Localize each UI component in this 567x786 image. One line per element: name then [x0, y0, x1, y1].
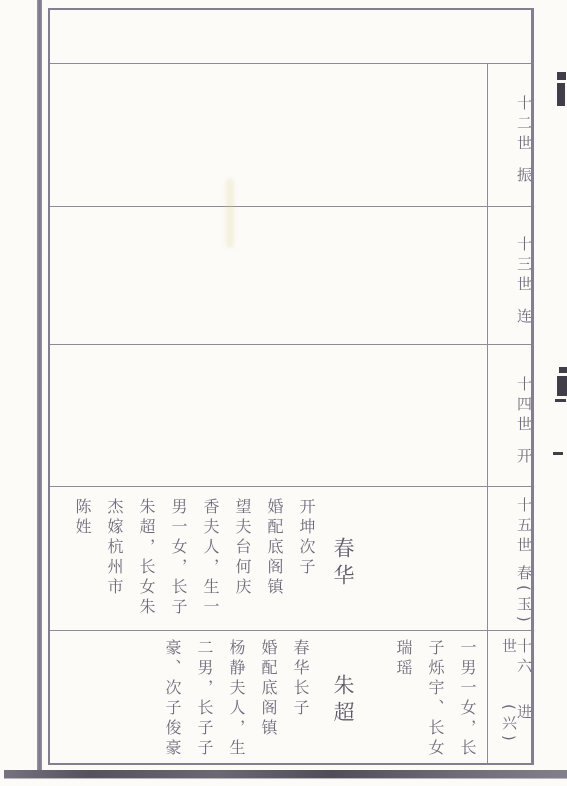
generation-given-name: 开 — [488, 448, 531, 468]
generation-16-label: 十六世进(兴) — [487, 631, 531, 763]
carryover-text-column: 瑞瑶 — [394, 639, 411, 679]
cut-character-fragment — [553, 452, 563, 455]
page-frame-left-border — [37, 0, 42, 778]
generation-row-16: 一男一女，长 子烁宇、长女 瑞瑶 朱超 春华长子 婚配底阁镇 杨静夫人，生 二男… — [50, 631, 531, 763]
carryover-text-column: 子烁宇、长女 — [426, 639, 443, 759]
person-name-heading: 春华 — [329, 537, 353, 591]
generation-title: 十二世 — [488, 95, 531, 155]
entry-zhuchao: 一男一女，长 子烁宇、长女 瑞瑶 朱超 春华长子 婚配底阁镇 杨静夫人，生 二男… — [50, 631, 487, 763]
entry-text-column: 陈姓 — [73, 498, 90, 538]
entry-text-column: 香夫人，生一 — [201, 498, 218, 618]
generation-14-label: 十四世开 — [487, 345, 531, 486]
generation-16-content: 一男一女，长 子烁宇、长女 瑞瑶 朱超 春华长子 婚配底阁镇 杨静夫人，生 二男… — [50, 631, 487, 763]
cut-character-fragment — [557, 376, 567, 396]
entry-text-column: 杨静夫人，生 — [227, 639, 244, 759]
generation-given-name: 振 — [488, 167, 531, 187]
entry-text-column: 朱超，长女朱 — [137, 498, 154, 618]
entry-text-column: 开坤次子 — [297, 498, 314, 578]
generation-12-label: 十二世振 — [487, 64, 531, 206]
cut-character-fragment — [557, 72, 566, 80]
genealogy-table: 十二世振 十三世连 十四世开 春华 开坤次子 婚配底阁镇 望夫台何庆 香 — [48, 8, 534, 765]
generation-13-content — [50, 207, 487, 344]
header-empty-cell — [50, 10, 531, 63]
generation-row-14: 十四世开 — [50, 345, 531, 487]
generation-15-label: 十五世春(玉) — [487, 487, 531, 630]
cut-character-fragment — [555, 399, 566, 402]
generation-given-name: 进(兴) — [488, 704, 531, 763]
person-name-heading: 朱超 — [329, 674, 353, 728]
generation-given-name: 春(玉) — [488, 565, 531, 627]
generation-12-content — [50, 64, 487, 206]
entry-text-column: 春华长子 — [291, 639, 308, 719]
generation-row-13: 十三世连 — [50, 207, 531, 345]
carryover-text-column: 一男一女，长 — [458, 639, 475, 759]
scan-smudge — [226, 178, 234, 248]
entry-text-column: 婚配底阁镇 — [259, 639, 276, 739]
generation-15-content: 春华 开坤次子 婚配底阁镇 望夫台何庆 香夫人，生一 男一女，长子 朱超，长女朱… — [50, 487, 487, 630]
generation-given-name: 连 — [488, 308, 531, 328]
entry-text-column: 望夫台何庆 — [233, 498, 250, 598]
entry-text-column: 男一女，长子 — [169, 498, 186, 618]
cut-character-fragment — [559, 367, 567, 373]
scanned-genealogy-page: 十二世振 十三世连 十四世开 春华 开坤次子 婚配底阁镇 望夫台何庆 香 — [0, 0, 567, 786]
generation-14-content — [50, 345, 487, 486]
generation-title: 十四世 — [488, 376, 531, 436]
generation-title: 十六世 — [488, 638, 531, 696]
generation-13-label: 十三世连 — [487, 207, 531, 344]
entry-text-column: 豪、次子俊豪 — [163, 639, 180, 759]
cut-character-fragment — [557, 83, 565, 106]
entry-text-column: 二男，长子子 — [195, 639, 212, 759]
generation-title: 十三世 — [488, 236, 531, 296]
entry-text-column: 婚配底阁镇 — [265, 498, 282, 598]
entry-chunhua: 春华 开坤次子 婚配底阁镇 望夫台何庆 香夫人，生一 男一女，长子 朱超，长女朱… — [50, 487, 487, 630]
entry-text-column: 杰嫁杭州市 — [105, 498, 122, 598]
generation-row-15: 春华 开坤次子 婚配底阁镇 望夫台何庆 香夫人，生一 男一女，长子 朱超，长女朱… — [50, 487, 531, 631]
table-header-row-empty — [50, 10, 531, 64]
generation-title: 十五世 — [488, 497, 531, 557]
page-edge-shadow — [4, 770, 567, 778]
generation-row-12: 十二世振 — [50, 64, 531, 207]
